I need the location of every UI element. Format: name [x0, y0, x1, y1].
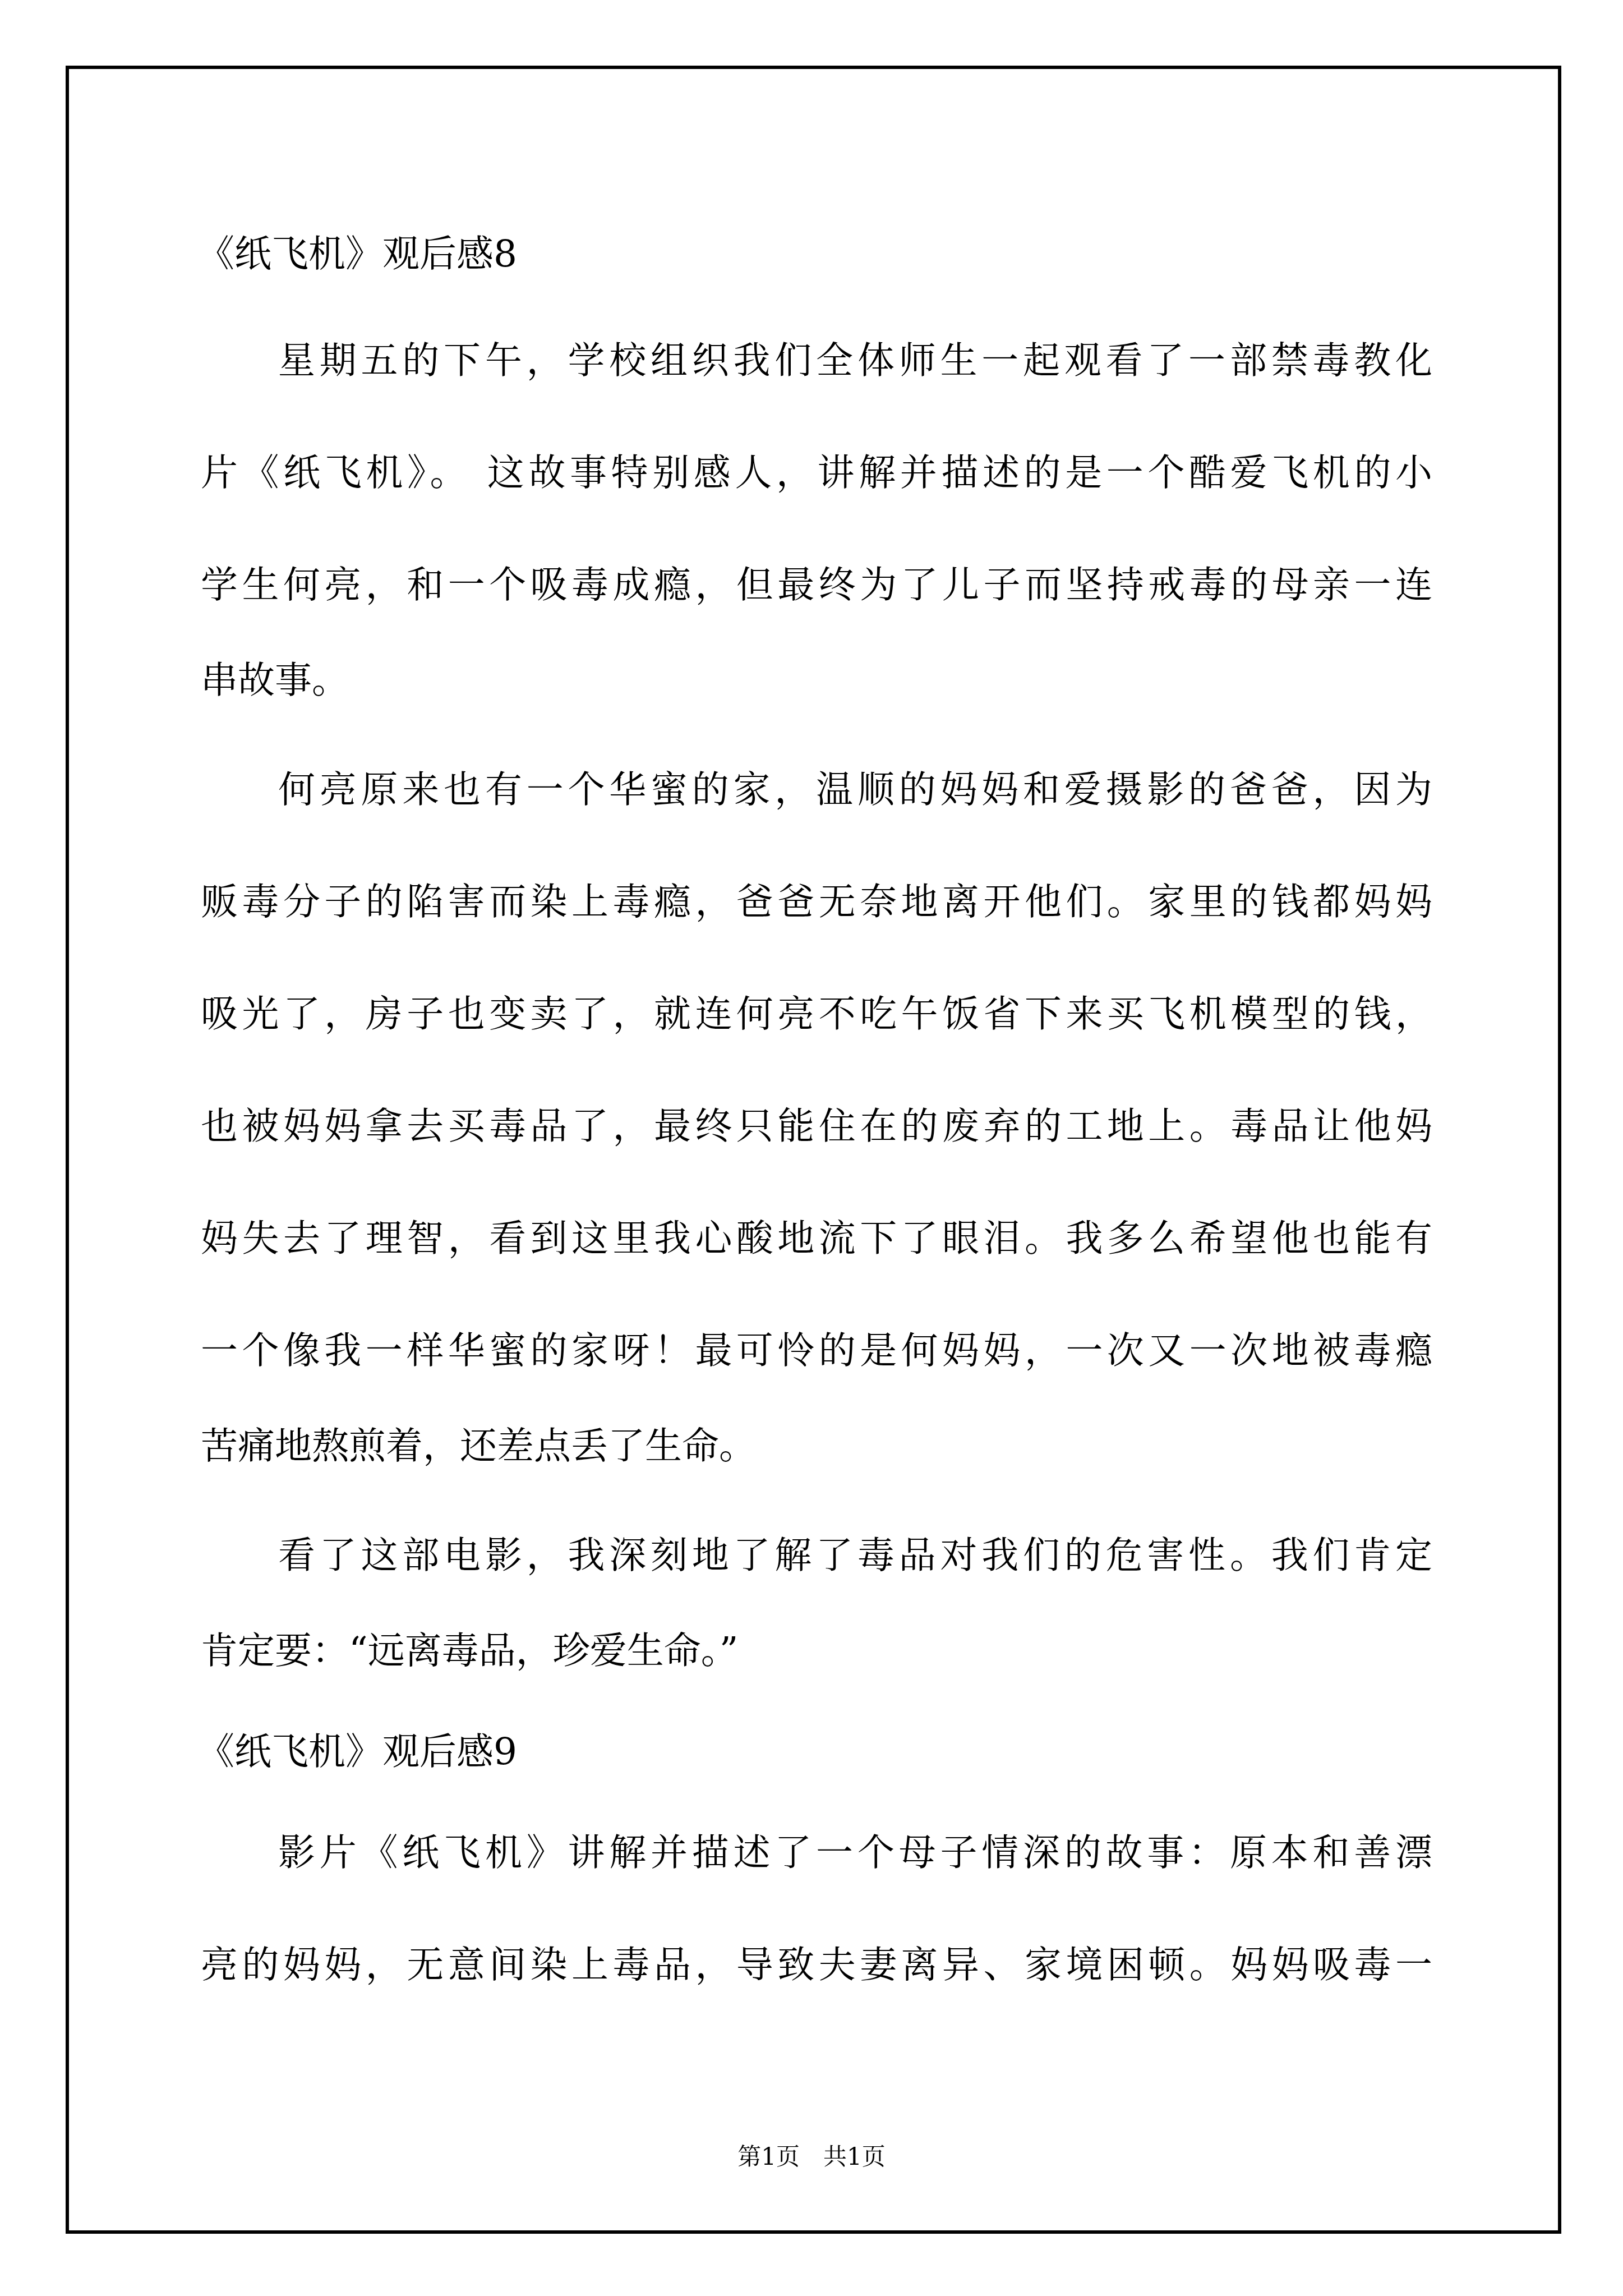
page-footer: 第1页 共1页: [0, 2138, 1623, 2172]
paragraph-line: 也被妈妈拿去买毒品了，最终只能住在的废弃的工地上。毒品让他妈: [201, 1108, 1432, 1145]
section-heading: 《纸飞机》观后感8: [197, 236, 517, 273]
paragraph-line: 片《纸飞机》。 这故事特别感人，讲解并描述的是一个酷爱飞机的小: [201, 454, 1432, 491]
paragraph-line: 串故事。: [201, 662, 1432, 699]
page-border: [66, 66, 1561, 2234]
section-heading: 《纸飞机》观后感9: [197, 1733, 517, 1770]
paragraph-line: 看了这部电影，我深刻地了解了毒品对我们的危害性。我们肯定: [278, 1537, 1432, 1574]
paragraph-line: 学生何亮，和一个吸毒成瘾，但最终为了儿子而坚持戒毒的母亲一连: [201, 567, 1432, 604]
paragraph-line: 影片《纸飞机》讲解并描述了一个母子情深的故事：原本和善漂: [278, 1834, 1432, 1871]
paragraph-line: 亮的妈妈，无意间染上毒品，导致夫妻离异、家境困顿。妈妈吸毒一: [201, 1947, 1432, 1984]
paragraph-line: 星期五的下午，学校组织我们全体师生一起观看了一部禁毒教化: [278, 342, 1432, 379]
paragraph-line: 一个像我一样华蜜的家呀！最可怜的是何妈妈，一次又一次地被毒瘾: [201, 1332, 1432, 1369]
paragraph-line: 何亮原来也有一个华蜜的家，温顺的妈妈和爱摄影的爸爸，因为: [278, 771, 1432, 808]
paragraph-line: 妈失去了理智，看到这里我心酸地流下了眼泪。我多么希望他也能有: [201, 1220, 1432, 1257]
paragraph-line: 吸光了，房子也变卖了，就连何亮不吃午饭省下来买飞机模型的钱，: [201, 996, 1432, 1033]
paragraph-line: 苦痛地熬煎着，还差点丢了生命。: [201, 1428, 1432, 1465]
paragraph-line: 肯定要：“远离毒品，珍爱生命。”: [201, 1632, 1432, 1669]
paragraph-line: 贩毒分子的陷害而染上毒瘾，爸爸无奈地离开他们。家里的钱都妈妈: [201, 884, 1432, 921]
